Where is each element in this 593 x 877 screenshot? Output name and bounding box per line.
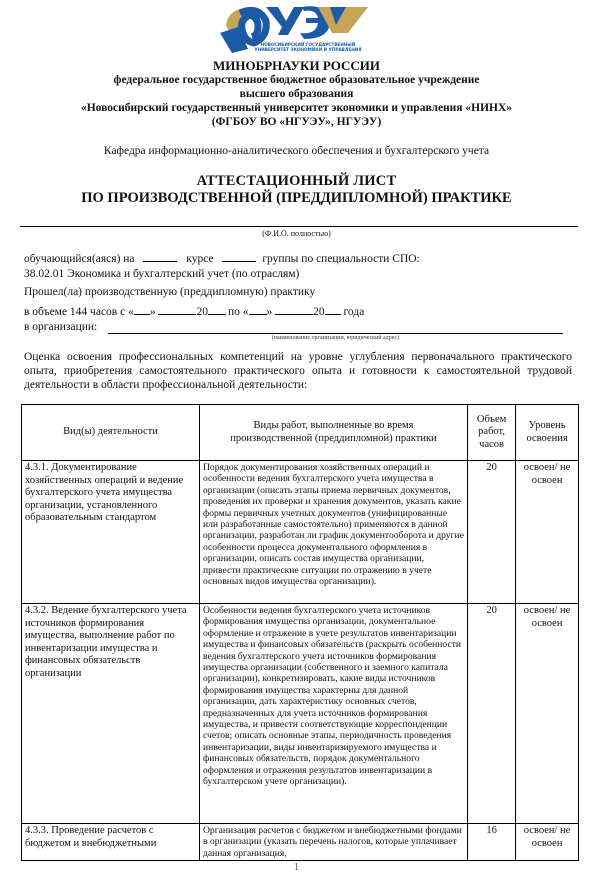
- course-group-line: обучающийся(аяся) на курсе группы по спе…: [24, 250, 420, 265]
- specialty-text: 38.02.01 Экономика и бухгалтерский учет …: [24, 268, 299, 280]
- volume-label: в объеме 144 часов с «: [24, 306, 134, 318]
- assessment-intro: Оценка освоения профессиональных компете…: [24, 350, 572, 392]
- competency-table: Вид(ы) деятельности Виды работ, выполнен…: [21, 404, 579, 861]
- course-label: курсе: [186, 253, 213, 265]
- student-label: обучающийся(аяся) на: [24, 253, 135, 265]
- end-year-field[interactable]: [325, 303, 341, 315]
- year-label: года: [344, 306, 365, 318]
- year-prefix-2: 20: [313, 306, 325, 318]
- level-cell[interactable]: освоен/ не освоен: [516, 604, 579, 824]
- organization-field[interactable]: [108, 333, 563, 334]
- table-row: 4.3.2. Ведение бухгалтерского учета исто…: [22, 604, 579, 824]
- level-cell[interactable]: освоен/ не освоен: [516, 461, 579, 604]
- institution-level: высшего образования: [0, 88, 593, 101]
- nguyeu-logo-icon: НОВОСИБИРСКИЙ ГОСУДАРСТВЕННЫЙ УНИВЕРСИТЕ…: [218, 3, 368, 57]
- end-month-field[interactable]: [275, 303, 313, 315]
- header-level: Уровень освоения: [516, 405, 579, 461]
- activity-cell: 4.3.1. Документирование хозяйственных оп…: [22, 461, 200, 604]
- institution-abbr: (ФГБОУ ВО «НГУЭУ», НГУЭУ): [0, 116, 593, 129]
- institution-type: федеральное государственное бюджетное об…: [0, 74, 593, 87]
- page-number: 1: [0, 862, 593, 873]
- start-day-field[interactable]: [134, 303, 150, 315]
- header-hours: Объем работ, часов: [468, 405, 516, 461]
- to-label: по «: [228, 306, 249, 318]
- quote-close-2: »: [267, 306, 273, 318]
- document-subtitle: ПО ПРОИЗВОДСТВЕННОЙ (ПРЕДДИПЛОМНОЙ) ПРАК…: [0, 190, 593, 207]
- table-row: 4.3.1. Документирование хозяйственных оп…: [22, 461, 579, 604]
- specialty-label: группы по специальности СПО:: [262, 253, 419, 265]
- hours-cell: 20: [468, 604, 516, 824]
- practice-passed-text: Прошел(ла) производственную (преддипломн…: [24, 286, 315, 298]
- hours-cell: 16: [468, 824, 516, 861]
- fio-field[interactable]: [20, 226, 578, 227]
- end-day-field[interactable]: [249, 303, 267, 315]
- start-month-field[interactable]: [158, 303, 196, 315]
- work-cell: Особенности ведения бухгалтерского учета…: [199, 604, 467, 824]
- year-prefix: 20: [196, 306, 208, 318]
- work-cell: Порядок документирования хозяйственных о…: [199, 461, 467, 604]
- institution-name: «Новосибирский государственный университ…: [0, 102, 593, 115]
- group-field[interactable]: [222, 250, 256, 262]
- university-logo: НОВОСИБИРСКИЙ ГОСУДАРСТВЕННЫЙ УНИВЕРСИТЕ…: [218, 3, 368, 57]
- ministry-name: МИНОБРНАУКИ РОССИИ: [0, 58, 593, 74]
- document-title: АТТЕСТАЦИОННЫЙ ЛИСТ: [0, 173, 593, 190]
- work-cell: Организация расчетов с бюджетом и внебюд…: [199, 824, 467, 861]
- organization-label: в организации:: [24, 321, 97, 333]
- table-row: 4.3.3. Проведение расчетов с бюджетом и …: [22, 824, 579, 861]
- course-field[interactable]: [143, 250, 177, 262]
- activity-cell: 4.3.2. Ведение бухгалтерского учета исто…: [22, 604, 200, 824]
- activity-cell: 4.3.3. Проведение расчетов с бюджетом и …: [22, 824, 200, 861]
- header-work: Виды работ, выполненные во время произво…: [199, 405, 467, 461]
- table-header-row: Вид(ы) деятельности Виды работ, выполнен…: [22, 405, 579, 461]
- header-activity: Вид(ы) деятельности: [22, 405, 200, 461]
- department-name: Кафедра информационно-аналитического обе…: [0, 145, 593, 157]
- fio-hint: (Ф.И.О. полностью): [0, 229, 593, 238]
- organization-hint: (наименование организации, юридический а…: [108, 335, 563, 341]
- start-year-field[interactable]: [208, 303, 226, 315]
- hours-cell: 20: [468, 461, 516, 604]
- quote-close: »: [150, 306, 156, 318]
- practice-dates-line: в объеме 144 часов с «» 20по «» 20 года: [24, 303, 364, 318]
- level-cell[interactable]: освоен/ не освоен: [516, 824, 579, 861]
- svg-text:УНИВЕРСИТЕТ ЭКОНОМИКИ И УПРАВЛ: УНИВЕРСИТЕТ ЭКОНОМИКИ И УПРАВЛЕНИЯ: [255, 47, 362, 52]
